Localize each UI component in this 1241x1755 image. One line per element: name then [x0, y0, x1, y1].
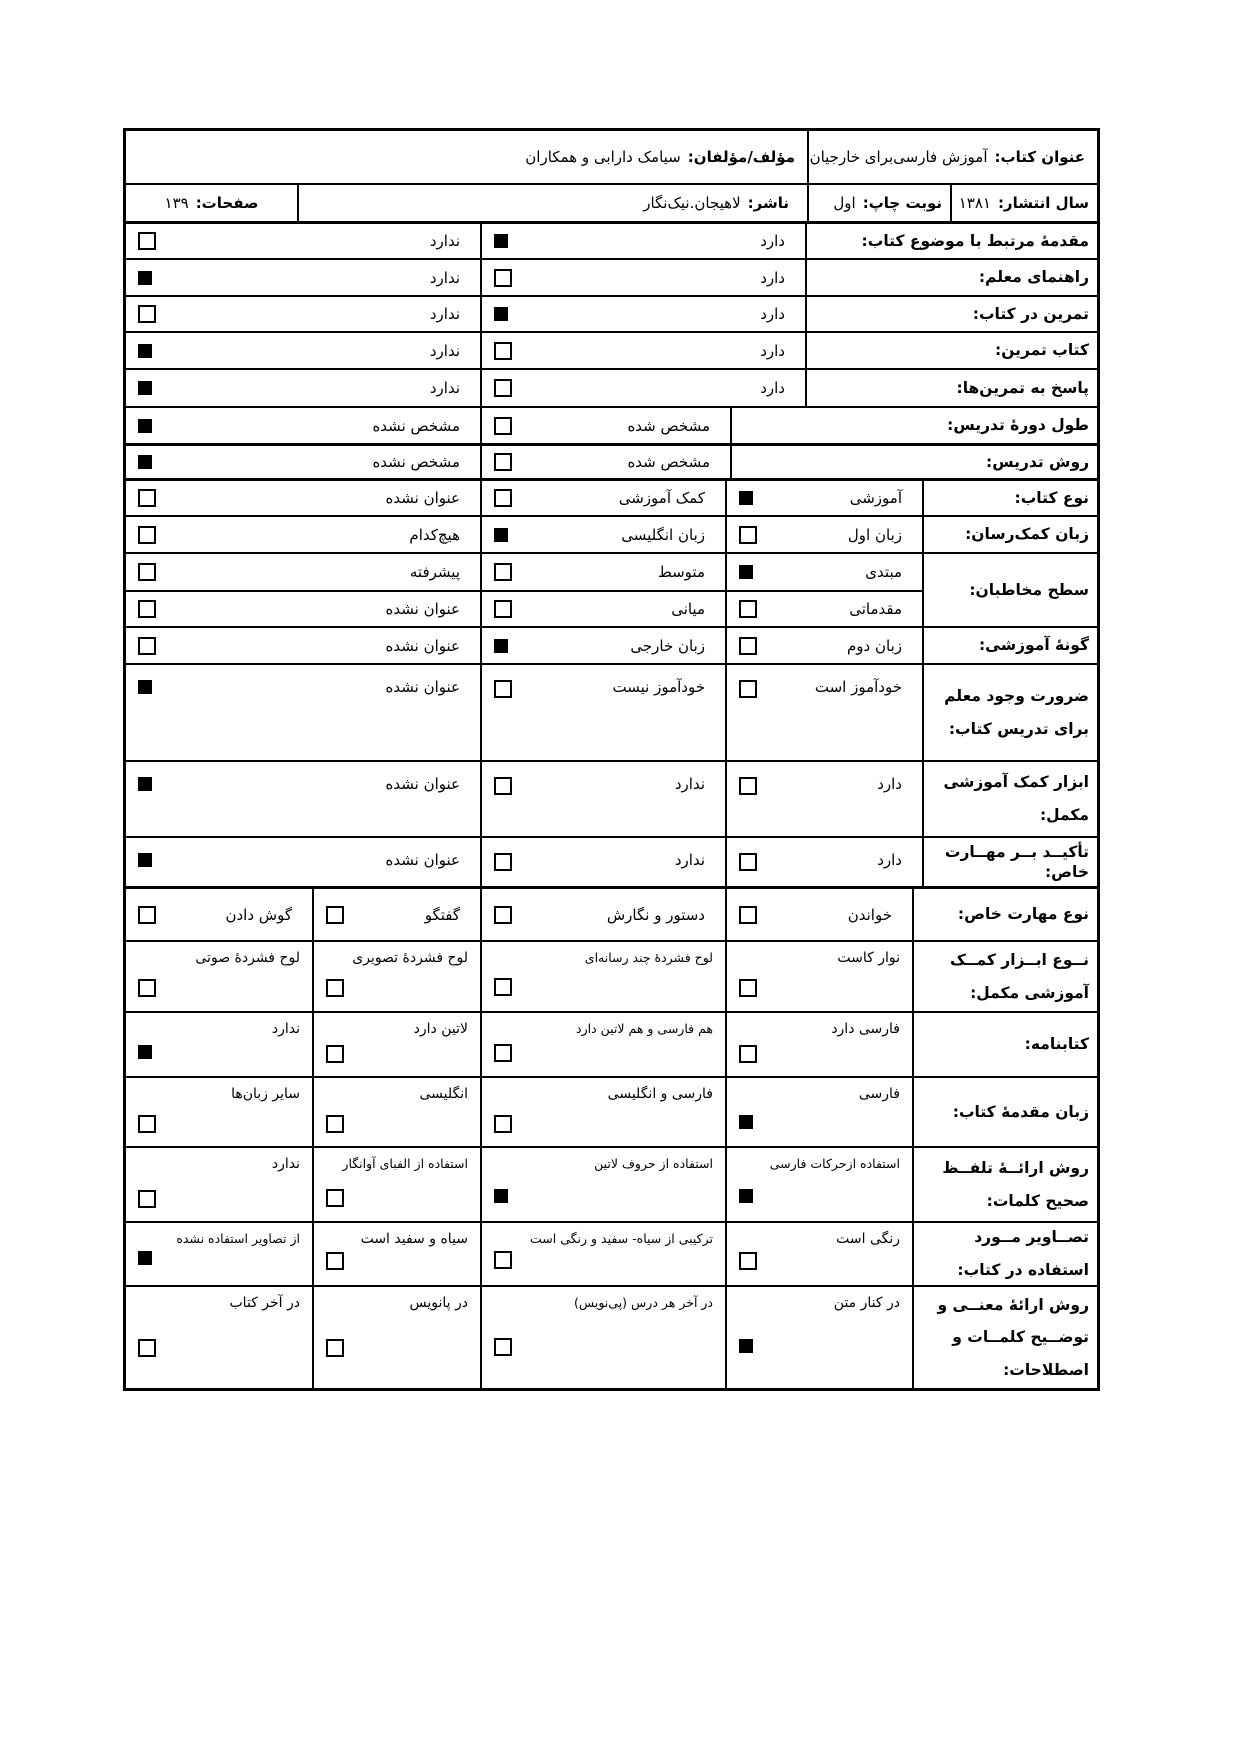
option-label-teaching-method-0: مشخص شده [627, 453, 710, 471]
checkbox-course-length-0[interactable] [494, 417, 512, 435]
row-label-helper-language: زبان کمک‌رسان: [922, 517, 1097, 552]
checkbox-bibliography-1[interactable] [494, 1044, 512, 1062]
option-label-book-type-0: آموزشی [850, 489, 902, 507]
option-label-meaning-method-2: در پانویس [326, 1295, 468, 1311]
option-cell-images-used-1: ترکیبی از سیاه- سفید و رنگی است [480, 1223, 725, 1285]
page: عنوان کتاب: آموزش فارسی‌برای خارجیان مؤل… [0, 0, 1241, 1755]
row-label-supplementary-tool-type: نــوع ابــزار کمــک آموزشی مکمل: [912, 942, 1097, 1011]
option-cell-teacher-necessity-0: خودآموز است [725, 665, 922, 760]
row-label-skill-emphasis: تأکیــد بــر مهــارت خاص: [922, 838, 1097, 886]
option-label-exercise-book-1: ندارد [430, 342, 460, 360]
option-cell-intro-related-0: دارد [480, 224, 805, 258]
option-label-images-used-1: ترکیبی از سیاه- سفید و رنگی است [494, 1231, 713, 1246]
option-label-images-used-3: از تصاویر استفاده نشده [138, 1231, 300, 1246]
option-cell-teacher-necessity-1: خودآموز نیست [480, 665, 725, 760]
option-cell-images-used-3: از تصاویر استفاده نشده [126, 1223, 312, 1285]
row-label-intro-language: زبان مقدمۀ کتاب: [912, 1078, 1097, 1146]
publication-year-label: سال انتشار: [991, 194, 1089, 212]
checkbox-audience-level-1-2[interactable] [138, 600, 156, 618]
option-cell-skill-emphasis-2: عنوان نشده [126, 838, 480, 886]
option-cell-bibliography-0: فارسی دارد [725, 1013, 912, 1076]
publication-year-value: ۱۳۸۱ [959, 194, 991, 212]
option-label-audience-level-0-0: مبتدی [865, 563, 902, 581]
option-label-intro-language-1: فارسی و انگلیسی [494, 1086, 713, 1102]
option-label-education-type-1: زبان خارجی [630, 637, 705, 655]
publisher-value: لاهیجان.نیک‌نگار [643, 194, 740, 212]
option-label-teacher-necessity-0: خودآموز است [815, 678, 902, 696]
book-title-label: عنوان کتاب: [988, 148, 1086, 166]
checkbox-intro-language-3[interactable] [138, 1115, 156, 1133]
row-label-exercises-in-book: تمرین در کتاب: [805, 297, 1097, 331]
option-label-supplementary-tool-type-0: نوار کاست [739, 950, 900, 966]
option-label-skill-type-0: خواندن [848, 906, 892, 924]
author-cell: مؤلف/مؤلفان: سیامک دارابی و همکاران [126, 131, 807, 183]
option-label-education-type-0: زبان دوم [847, 637, 902, 655]
row-skill-emphasis: تأکیــد بــر مهــارت خاص:داردنداردعنوان … [126, 836, 1097, 886]
checkbox-bibliography-0[interactable] [739, 1045, 757, 1063]
checkbox-pronunciation-method-3[interactable] [138, 1190, 156, 1208]
option-cell-supplementary-tool-type-0: نوار کاست [725, 942, 912, 1011]
publisher-label: ناشر: [741, 194, 789, 212]
option-cell-pronunciation-method-0: استفاده ازحرکات فارسی [725, 1148, 912, 1221]
option-cell-book-type-2: عنوان نشده [126, 481, 480, 515]
checkbox-bibliography-3[interactable] [138, 1045, 152, 1059]
row-label-teaching-method: روش تدریس: [730, 446, 1097, 478]
option-label-helper-language-1: زبان انگلیسی [621, 526, 705, 544]
checkbox-education-type-0[interactable] [739, 637, 757, 655]
checkbox-skill-emphasis-1[interactable] [494, 853, 512, 871]
checkbox-answers-1[interactable] [138, 381, 152, 395]
option-cell-meaning-method-1: در آخر هر درس (پی‌نویس) [480, 1287, 725, 1388]
edition-value: اول [833, 194, 855, 212]
option-label-skill-emphasis-2: عنوان نشده [386, 851, 460, 869]
option-cell-skill-type-3: گوش دادن [126, 889, 312, 940]
checkbox-intro-related-1[interactable] [138, 232, 156, 250]
row-intro-related: مقدمۀ مرتبط با موضوع کتاب:داردندارد [126, 221, 1097, 258]
option-cell-education-type-2: عنوان نشده [126, 628, 480, 663]
option-label-teacher-guide-0: دارد [760, 269, 785, 287]
option-cell-supplementary-tools-1: ندارد [480, 762, 725, 836]
checkbox-meaning-method-3[interactable] [138, 1339, 156, 1357]
checkbox-book-type-1[interactable] [494, 489, 512, 507]
option-label-audience-level-0-1: متوسط [658, 563, 705, 581]
checkbox-meaning-method-0[interactable] [739, 1339, 753, 1353]
option-label-skill-emphasis-0: دارد [877, 851, 902, 869]
checkbox-images-used-0[interactable] [739, 1252, 757, 1270]
option-label-helper-language-0: زبان اول [848, 526, 902, 544]
checkbox-intro-language-1[interactable] [494, 1115, 512, 1133]
book-evaluation-table: عنوان کتاب: آموزش فارسی‌برای خارجیان مؤل… [123, 128, 1100, 1391]
option-cell-skill-type-2: گفتگو [312, 889, 480, 940]
checkbox-supplementary-tools-2[interactable] [138, 777, 152, 791]
option-label-intro-related-1: ندارد [430, 232, 460, 250]
checkbox-education-type-1[interactable] [494, 639, 508, 653]
checkbox-intro-related-0[interactable] [494, 234, 508, 248]
publication-year-cell: سال انتشار: ۱۳۸۱ [950, 185, 1097, 221]
checkbox-intro-language-2[interactable] [326, 1115, 344, 1133]
row-label-course-length: طول دورۀ تدریس: [730, 408, 1097, 443]
option-cell-audience-level-0-1: متوسط [480, 554, 725, 590]
option-cell-audience-level-0-0: مبتدی [725, 554, 922, 590]
option-cell-supplementary-tool-type-1: لوح فشردۀ چند رسانه‌ای [480, 942, 725, 1011]
option-label-supplementary-tools-1: ندارد [675, 775, 705, 793]
option-label-meaning-method-1: در آخر هر درس (پی‌نویس) [494, 1295, 713, 1310]
checkbox-exercise-book-1[interactable] [138, 344, 152, 358]
row-bibliography: کتابنامه:فارسی داردهم فارسی و هم لاتین د… [126, 1011, 1097, 1076]
option-cell-bibliography-3: ندارد [126, 1013, 312, 1076]
row-audience-level: سطح مخاطبان:مبتدیمتوسطپیشرفتهمقدماتیمیان… [126, 552, 1097, 626]
subrow-audience-level-1: مقدماتیمیانیعنوان نشده [126, 590, 922, 626]
checkbox-teacher-necessity-1[interactable] [494, 680, 512, 698]
checkbox-pronunciation-method-0[interactable] [739, 1189, 753, 1203]
option-cell-images-used-0: رنگی است [725, 1223, 912, 1285]
option-label-teacher-necessity-1: خودآموز نیست [613, 678, 705, 696]
option-cell-bibliography-2: لاتین دارد [312, 1013, 480, 1076]
checkbox-exercises-in-book-1[interactable] [138, 305, 156, 323]
checkbox-meaning-method-1[interactable] [494, 1338, 512, 1356]
option-cell-meaning-method-3: در آخر کتاب [126, 1287, 312, 1388]
checkbox-audience-level-0-1[interactable] [494, 563, 512, 581]
option-cell-skill-emphasis-0: دارد [725, 838, 922, 886]
row-teacher-guide: راهنمای معلم:داردندارد [126, 258, 1097, 295]
option-cell-pronunciation-method-1: استفاده از حروف لاتین [480, 1148, 725, 1221]
row-publication-info: سال انتشار: ۱۳۸۱ نوبت چاپ: اول ناشر: لاه… [126, 183, 1097, 221]
option-label-book-type-2: عنوان نشده [386, 489, 460, 507]
checkbox-intro-language-0[interactable] [739, 1115, 753, 1129]
option-label-intro-language-2: انگلیسی [326, 1086, 468, 1102]
option-cell-course-length-1: مشخص نشده [126, 408, 480, 443]
checkbox-audience-level-1-1[interactable] [494, 600, 512, 618]
row-meaning-method: روش ارائۀ معنــی و توضــیح کلمــات و اصط… [126, 1285, 1097, 1388]
book-title-cell: عنوان کتاب: آموزش فارسی‌برای خارجیان [807, 131, 1097, 183]
row-label-education-type: گونۀ آموزشی: [922, 628, 1097, 663]
checkbox-supplementary-tools-0[interactable] [739, 777, 757, 795]
option-label-skill-emphasis-1: ندارد [675, 851, 705, 869]
checkbox-course-length-1[interactable] [138, 419, 152, 433]
option-cell-intro-related-1: ندارد [126, 224, 480, 258]
checkbox-images-used-1[interactable] [494, 1251, 512, 1269]
row-label-meaning-method: روش ارائۀ معنــی و توضــیح کلمــات و اصط… [912, 1287, 1097, 1388]
checkbox-helper-language-0[interactable] [739, 526, 757, 544]
option-cell-teaching-method-1: مشخص نشده [126, 446, 480, 478]
option-cell-helper-language-2: هیچ‌کدام [126, 517, 480, 552]
author-label: مؤلف/مؤلفان: [681, 148, 795, 166]
option-cell-exercises-in-book-1: ندارد [126, 297, 480, 331]
checkbox-book-type-2[interactable] [138, 489, 156, 507]
option-label-pronunciation-method-0: استفاده ازحرکات فارسی [739, 1156, 900, 1171]
option-cell-exercise-book-0: دارد [480, 333, 805, 368]
option-label-skill-type-3: گوش دادن [225, 906, 292, 924]
option-label-course-length-1: مشخص نشده [372, 417, 460, 435]
option-label-supplementary-tool-type-2: لوح فشردۀ تصویری [326, 950, 468, 966]
option-cell-pronunciation-method-2: استفاده از الفبای آوانگار [312, 1148, 480, 1221]
option-label-course-length-0: مشخص شده [627, 417, 710, 435]
option-label-images-used-0: رنگی است [739, 1231, 900, 1247]
row-supplementary-tools: ابزار کمک آموزشی مکمل:داردنداردعنوان نشد… [126, 760, 1097, 836]
option-cell-bibliography-1: هم فارسی و هم لاتین دارد [480, 1013, 725, 1076]
option-label-meaning-method-3: در آخر کتاب [138, 1295, 300, 1311]
option-label-audience-level-1-0: مقدماتی [849, 600, 902, 618]
row-label-book-type: نوع کتاب: [922, 481, 1097, 515]
option-cell-skill-type-1: دستور و نگارش [480, 889, 725, 940]
row-intro-language: زبان مقدمۀ کتاب:فارسیفارسی و انگلیسیانگل… [126, 1076, 1097, 1146]
subrows-audience-level: مبتدیمتوسطپیشرفتهمقدماتیمیانیعنوان نشده [126, 554, 922, 626]
option-label-answers-0: دارد [760, 379, 785, 397]
option-cell-teacher-necessity-2: عنوان نشده [126, 665, 480, 760]
row-exercise-book: کتاب تمرین:داردندارد [126, 331, 1097, 368]
checkbox-teacher-guide-0[interactable] [494, 269, 512, 287]
option-cell-supplementary-tools-2: عنوان نشده [126, 762, 480, 836]
row-title-author: عنوان کتاب: آموزش فارسی‌برای خارجیان مؤل… [126, 131, 1097, 183]
checkbox-helper-language-1[interactable] [494, 528, 508, 542]
option-cell-images-used-2: سیاه و سفید است [312, 1223, 480, 1285]
row-label-skill-type: نوع مهارت خاص: [912, 889, 1097, 940]
checkbox-exercises-in-book-0[interactable] [494, 307, 508, 321]
checkbox-skill-emphasis-2[interactable] [138, 853, 152, 867]
checkbox-meaning-method-2[interactable] [326, 1339, 344, 1357]
option-label-bibliography-1: هم فارسی و هم لاتین دارد [494, 1021, 713, 1036]
row-education-type: گونۀ آموزشی:زبان دومزبان خارجیعنوان نشده [126, 626, 1097, 663]
edition-label: نوبت چاپ: [856, 194, 942, 212]
subrow-audience-level-0: مبتدیمتوسطپیشرفته [126, 554, 922, 590]
checkbox-supplementary-tools-1[interactable] [494, 777, 512, 795]
checkbox-skill-emphasis-0[interactable] [739, 853, 757, 871]
pages-label: صفحات: [189, 194, 259, 212]
option-label-pronunciation-method-1: استفاده از حروف لاتین [494, 1156, 713, 1171]
author-value: سیامک دارابی و همکاران [525, 148, 680, 166]
option-label-exercises-in-book-1: ندارد [430, 305, 460, 323]
option-cell-pronunciation-method-3: ندارد [126, 1148, 312, 1221]
option-cell-intro-language-1: فارسی و انگلیسی [480, 1078, 725, 1146]
checkbox-audience-level-0-2[interactable] [138, 563, 156, 581]
checkbox-teaching-method-1[interactable] [138, 455, 152, 469]
checkbox-supplementary-tool-type-0[interactable] [739, 979, 757, 997]
option-label-teaching-method-1: مشخص نشده [372, 453, 460, 471]
row-label-answers: پاسخ به تمرین‌ها: [805, 370, 1097, 406]
option-label-pronunciation-method-3: ندارد [138, 1156, 300, 1172]
option-label-images-used-2: سیاه و سفید است [326, 1231, 468, 1247]
option-label-supplementary-tools-2: عنوان نشده [386, 775, 460, 793]
checkbox-exercise-book-0[interactable] [494, 342, 512, 360]
row-label-pronunciation-method: روش ارائــۀ تلفــظ صحیح کلمات: [912, 1148, 1097, 1221]
pages-value: ۱۳۹ [165, 194, 189, 212]
row-label-teacher-guide: راهنمای معلم: [805, 260, 1097, 295]
option-label-skill-type-1: دستور و نگارش [607, 906, 705, 924]
option-cell-intro-language-2: انگلیسی [312, 1078, 480, 1146]
option-label-audience-level-1-2: عنوان نشده [386, 600, 460, 618]
option-label-intro-related-0: دارد [760, 232, 785, 250]
checkbox-teacher-necessity-2[interactable] [138, 680, 152, 694]
row-book-type: نوع کتاب:آموزشیکمک آموزشیعنوان نشده [126, 478, 1097, 515]
option-label-supplementary-tool-type-3: لوح فشردۀ صوتی [138, 950, 300, 966]
option-label-book-type-1: کمک آموزشی [619, 489, 705, 507]
row-images-used: تصــاویر مــورد استفاده در کتاب:رنگی است… [126, 1221, 1097, 1285]
option-cell-exercises-in-book-0: دارد [480, 297, 805, 331]
option-label-skill-type-2: گفتگو [425, 906, 460, 924]
option-cell-meaning-method-0: در کنار متن [725, 1287, 912, 1388]
row-answers: پاسخ به تمرین‌ها:داردندارد [126, 368, 1097, 406]
option-cell-exercise-book-1: ندارد [126, 333, 480, 368]
option-cell-intro-language-0: فارسی [725, 1078, 912, 1146]
checkbox-bibliography-2[interactable] [326, 1045, 344, 1063]
option-cell-audience-level-1-1: میانی [480, 592, 725, 626]
row-label-teacher-necessity: ضرورت وجود معلم برای تدریس کتاب: [922, 665, 1097, 760]
row-label-bibliography: کتابنامه: [912, 1013, 1097, 1076]
checkbox-teacher-necessity-0[interactable] [739, 680, 757, 698]
checkbox-education-type-2[interactable] [138, 637, 156, 655]
option-label-helper-language-2: هیچ‌کدام [409, 526, 460, 544]
row-teaching-method: روش تدریس:مشخص شدهمشخص نشده [126, 443, 1097, 478]
option-label-pronunciation-method-2: استفاده از الفبای آوانگار [326, 1156, 468, 1171]
option-label-intro-language-0: فارسی [739, 1086, 900, 1102]
book-title-value: آموزش فارسی‌برای خارجیان [810, 148, 988, 166]
option-label-exercises-in-book-0: دارد [760, 305, 785, 323]
table-body: مقدمۀ مرتبط با موضوع کتاب:داردنداردراهنم… [126, 221, 1097, 1388]
option-label-meaning-method-0: در کنار متن [739, 1295, 900, 1311]
row-supplementary-tool-type: نــوع ابــزار کمــک آموزشی مکمل:نوار کاس… [126, 940, 1097, 1011]
option-cell-teacher-guide-0: دارد [480, 260, 805, 295]
checkbox-skill-type-2[interactable] [326, 906, 344, 924]
option-cell-audience-level-1-0: مقدماتی [725, 592, 922, 626]
option-label-exercise-book-0: دارد [760, 342, 785, 360]
option-cell-teacher-guide-1: ندارد [126, 260, 480, 295]
edition-cell: نوبت چاپ: اول [807, 185, 950, 221]
checkbox-book-type-0[interactable] [739, 491, 753, 505]
checkbox-answers-0[interactable] [494, 379, 512, 397]
option-cell-helper-language-0: زبان اول [725, 517, 922, 552]
row-course-length: طول دورۀ تدریس:مشخص شدهمشخص نشده [126, 406, 1097, 443]
option-label-audience-level-1-1: میانی [671, 600, 705, 618]
pages-cell: صفحات: ۱۳۹ [126, 185, 297, 221]
row-exercises-in-book: تمرین در کتاب:داردندارد [126, 295, 1097, 331]
option-label-bibliography-0: فارسی دارد [739, 1021, 900, 1037]
option-label-supplementary-tool-type-1: لوح فشردۀ چند رسانه‌ای [494, 950, 713, 965]
row-label-audience-level: سطح مخاطبان: [922, 554, 1097, 626]
option-label-audience-level-0-2: پیشرفته [410, 563, 460, 581]
row-pronunciation-method: روش ارائــۀ تلفــظ صحیح کلمات:استفاده از… [126, 1146, 1097, 1221]
checkbox-skill-type-0[interactable] [739, 906, 757, 924]
option-cell-book-type-1: کمک آموزشی [480, 481, 725, 515]
checkbox-teaching-method-0[interactable] [494, 453, 512, 471]
checkbox-supplementary-tool-type-3[interactable] [138, 979, 156, 997]
checkbox-audience-level-0-0[interactable] [739, 565, 753, 579]
option-cell-audience-level-1-2: عنوان نشده [126, 592, 480, 626]
publisher-cell: ناشر: لاهیجان.نیک‌نگار [297, 185, 807, 221]
option-cell-helper-language-1: زبان انگلیسی [480, 517, 725, 552]
row-skill-type: نوع مهارت خاص:خواندندستور و نگارشگفتگوگو… [126, 886, 1097, 940]
option-cell-skill-type-0: خواندن [725, 889, 912, 940]
checkbox-teacher-guide-1[interactable] [138, 271, 152, 285]
checkbox-supplementary-tool-type-1[interactable] [494, 978, 512, 996]
row-label-supplementary-tools: ابزار کمک آموزشی مکمل: [922, 762, 1097, 836]
option-cell-supplementary-tool-type-3: لوح فشردۀ صوتی [126, 942, 312, 1011]
option-label-education-type-2: عنوان نشده [386, 637, 460, 655]
checkbox-audience-level-1-0[interactable] [739, 600, 757, 618]
option-label-bibliography-3: ندارد [138, 1021, 300, 1037]
checkbox-images-used-3[interactable] [138, 1251, 152, 1265]
checkbox-images-used-2[interactable] [326, 1252, 344, 1270]
option-cell-answers-0: دارد [480, 370, 805, 406]
row-helper-language: زبان کمک‌رسان:زبان اولزبان انگلیسیهیچ‌کد… [126, 515, 1097, 552]
row-label-images-used: تصــاویر مــورد استفاده در کتاب: [912, 1223, 1097, 1285]
option-cell-meaning-method-2: در پانویس [312, 1287, 480, 1388]
option-label-bibliography-2: لاتین دارد [326, 1021, 468, 1037]
option-cell-education-type-0: زبان دوم [725, 628, 922, 663]
option-cell-course-length-0: مشخص شده [480, 408, 730, 443]
checkbox-pronunciation-method-1[interactable] [494, 1189, 508, 1203]
checkbox-pronunciation-method-2[interactable] [326, 1189, 344, 1207]
option-label-answers-1: ندارد [430, 379, 460, 397]
checkbox-skill-type-3[interactable] [138, 906, 156, 924]
checkbox-helper-language-2[interactable] [138, 526, 156, 544]
option-cell-supplementary-tools-0: دارد [725, 762, 922, 836]
option-cell-audience-level-0-2: پیشرفته [126, 554, 480, 590]
checkbox-supplementary-tool-type-2[interactable] [326, 979, 344, 997]
option-cell-teaching-method-0: مشخص شده [480, 446, 730, 478]
checkbox-skill-type-1[interactable] [494, 906, 512, 924]
option-label-teacher-guide-1: ندارد [430, 269, 460, 287]
option-cell-education-type-1: زبان خارجی [480, 628, 725, 663]
row-label-exercise-book: کتاب تمرین: [805, 333, 1097, 368]
row-teacher-necessity: ضرورت وجود معلم برای تدریس کتاب:خودآموز … [126, 663, 1097, 760]
option-label-supplementary-tools-0: دارد [877, 775, 902, 793]
row-label-intro-related: مقدمۀ مرتبط با موضوع کتاب: [805, 224, 1097, 258]
option-label-intro-language-3: سایر زبان‌ها [138, 1086, 300, 1102]
option-cell-supplementary-tool-type-2: لوح فشردۀ تصویری [312, 942, 480, 1011]
option-cell-skill-emphasis-1: ندارد [480, 838, 725, 886]
option-label-teacher-necessity-2: عنوان نشده [386, 678, 460, 696]
option-cell-book-type-0: آموزشی [725, 481, 922, 515]
option-cell-intro-language-3: سایر زبان‌ها [126, 1078, 312, 1146]
option-cell-answers-1: ندارد [126, 370, 480, 406]
